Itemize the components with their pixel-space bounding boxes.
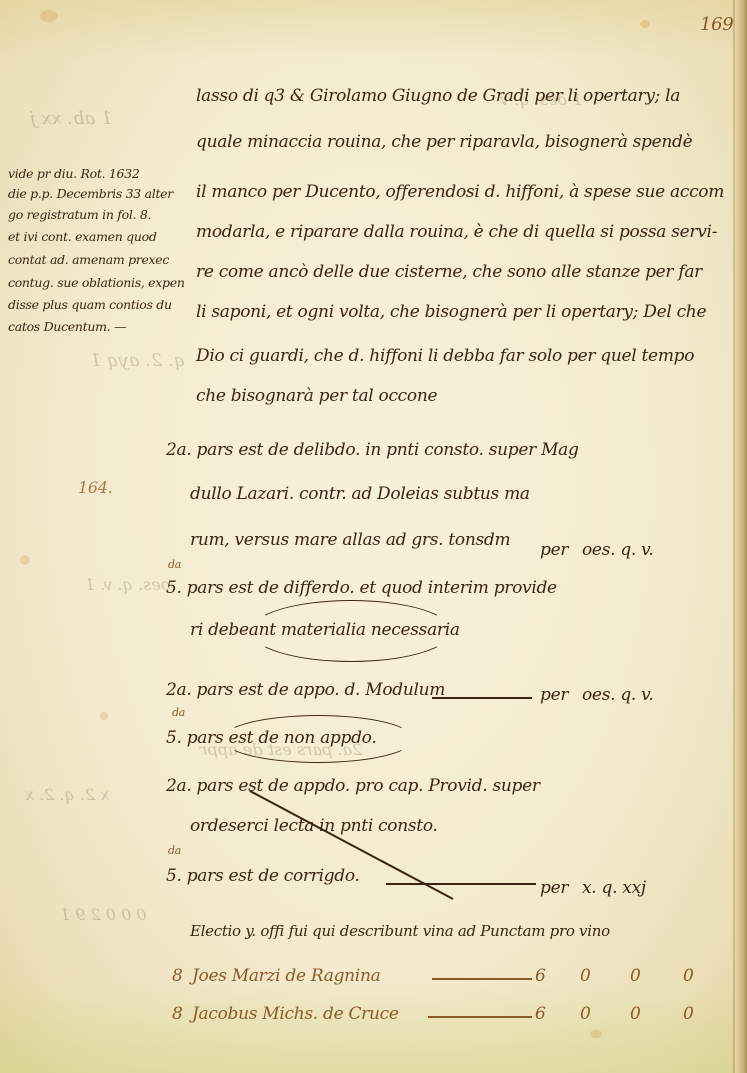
margin-note-line: contat ad. amenam prexec [8,252,169,267]
motion-line: 5. pars est de differdo. et quod interim… [166,578,557,598]
paragraph-line: Dio ci guardi, che d. hiffoni li debba f… [196,346,694,366]
official-prefix: 8 [172,1004,183,1024]
dash-line [428,1016,532,1018]
official-value: 0 [630,1004,641,1024]
official-value: 6 [535,966,546,986]
paper-stain [100,712,108,720]
paragraph-line: modarla, e riparare dalla rouina, è che … [196,222,717,242]
motion-line: 2a. pars est de delibdo. in pnti consto.… [166,440,579,460]
margin-note-line: die p.p. Decembris 33 alter [8,186,173,201]
dash-line [386,883,536,885]
vote-result: x. q. xxj [582,878,646,898]
margin-folio-reference: 164. [78,478,112,497]
vote-prefix: per [540,685,568,705]
dash-line [432,978,532,980]
bleed-through-text: oes. q. v. 1 [85,575,170,594]
margin-note-line: vide pr diu. Rot. 1632 [8,166,140,181]
official-prefix: 8 [172,966,183,986]
paragraph-line: lasso di q3 & Girolamo Giugno de Gradi p… [196,86,680,106]
vote-prefix: per [540,878,568,898]
motion-marker: da [168,558,181,571]
strike-flourish [222,715,414,763]
paper-bottom-shade [0,983,747,1073]
official-value: 0 [580,1004,591,1024]
bleed-through-text: 1 ab. xx j [30,108,112,129]
page-edge [735,0,747,1073]
paragraph-line: che bisognarà per tal occone [196,386,437,406]
paper-stain [640,20,650,28]
paper-top-shade [0,0,747,60]
motion-line: rum, versus mare allas ad grs. tonsdm [190,530,510,550]
paragraph-line: quale minaccia rouina, che per riparavla… [196,132,692,152]
paragraph-line: li saponi, et ogni volta, che bisognerà … [196,302,706,322]
vote-prefix: per [540,540,568,560]
margin-note-line: et ivi cont. examen quod [8,229,157,244]
official-value: 6 [535,1004,546,1024]
paragraph-line: re come ancò delle due cisterne, che son… [196,262,702,282]
motion-line: 2a. pars est de appo. d. Modulum [166,680,445,700]
motion-line: dullo Lazari. contr. ad Doleias subtus m… [190,484,530,504]
folio-number: 169 [700,14,733,35]
strike-flourish [250,600,452,662]
official-value: 0 [580,966,591,986]
official-value: 0 [683,1004,694,1024]
paper-stain [20,555,30,565]
motion-line: 2a. pars est de appdo. pro cap. Provid. … [166,776,540,796]
paper-stain [590,1030,602,1038]
motion-marker: da [172,706,185,719]
official-value: 0 [630,966,641,986]
margin-note-line: go registratum in fol. 8. [8,207,151,222]
official-name: Jacobus Michs. de Cruce [192,1004,399,1024]
paper-stain [40,10,58,22]
dash-line [432,697,532,699]
vote-result: oes. q. v. [582,685,654,705]
paragraph-line: il manco per Ducento, offerendosi d. hif… [196,182,724,202]
bleed-through-text: q. 2. ayq 1 [90,350,185,371]
vote-result: oes. q. v. [582,540,654,560]
election-heading: Electio y. offi fui qui describunt vina … [190,922,610,940]
margin-note-line: disse plus quam contios du [8,297,172,312]
bleed-through-text: 0 0 0 2 9 1 [60,905,147,924]
motion-line: 5. pars est de corrigdo. [166,866,360,886]
official-name: Joes Marzi de Ragnina [192,966,380,986]
margin-note-line: catos Ducentum. — [8,319,126,334]
bleed-through-text: x 2. q. 2. x [25,785,109,804]
margin-note-line: contug. sue oblationis, expen [8,275,185,290]
official-value: 0 [683,966,694,986]
manuscript-page: 1 ab. xx j q. 2. ayq 1 oes. q. v. 1 x 2.… [0,0,747,1073]
motion-marker: da [168,844,181,857]
